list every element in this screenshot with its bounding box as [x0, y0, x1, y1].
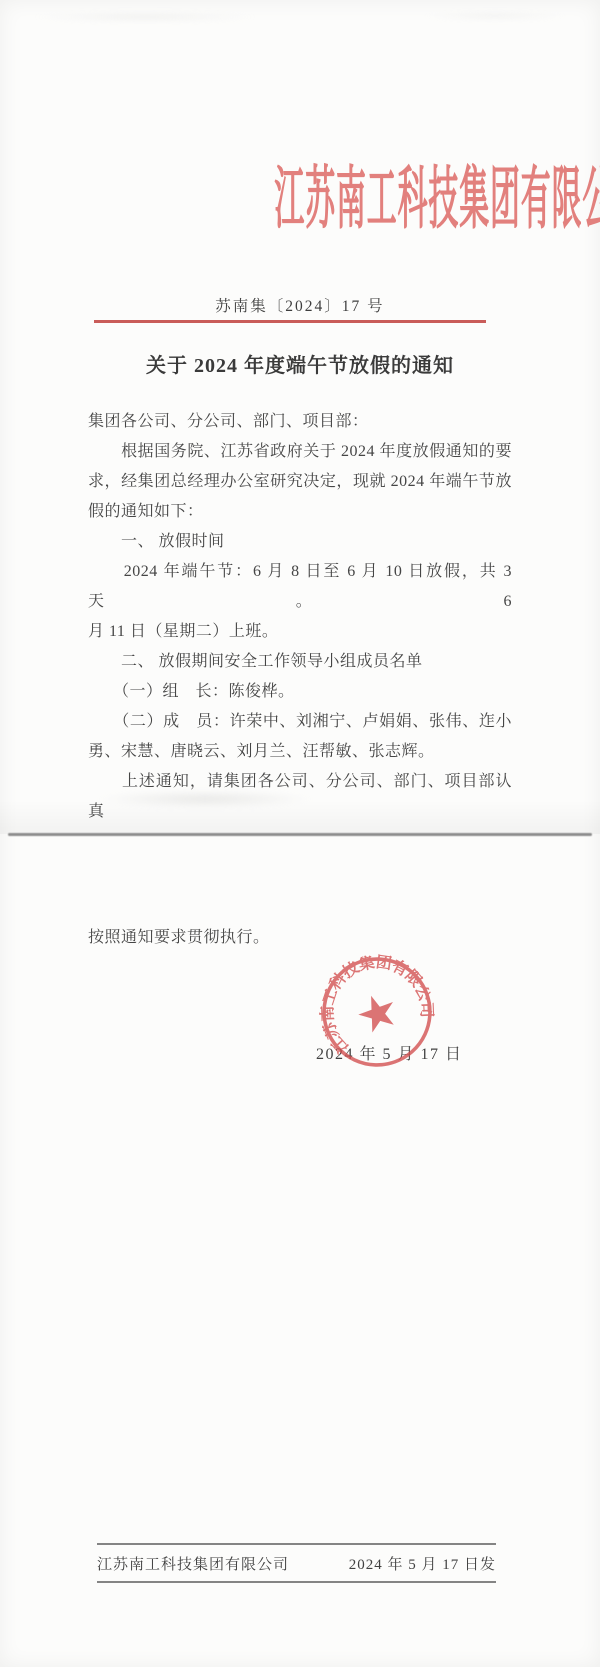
- body-line: 假的通知如下：: [88, 497, 512, 527]
- scan-smudge: [30, 12, 260, 22]
- body-line: 求，经集团总经理办公室研究决定，现就 2024 年端午节放: [88, 467, 512, 497]
- footer-issuer: 江苏南工科技集团有限公司: [97, 1553, 289, 1574]
- footer: 江苏南工科技集团有限公司 2024 年 5 月 17 日发: [97, 1553, 496, 1574]
- scanned-document: 江苏南工科技集团有限公司文件 苏南集〔2024〕17 号 关于 2024 年度端…: [0, 0, 600, 1667]
- body-line: 2024 年端午节：6 月 8 日至 6 月 10 日放假，共 3 天。6: [88, 557, 512, 617]
- body-line: （二）成 员：许荣中、刘湘宁、卢娟娟、张伟、迮小: [88, 707, 512, 737]
- letterhead-title: 江苏南工科技集团有限公司文件: [0, 145, 600, 242]
- notice-title: 关于 2024 年度端午节放假的通知: [0, 349, 600, 378]
- body-line: 二、 放假期间安全工作领导小组成员名单: [88, 647, 512, 677]
- body-line: 根据国务院、江苏省政府关于 2024 年度放假通知的要: [88, 437, 512, 467]
- page-edge-separator: [8, 833, 592, 836]
- body-line: 勇、宋慧、唐晓云、刘月兰、汪帮敏、张志辉。: [88, 737, 512, 767]
- body-line: 月 11 日（星期二）上班。: [88, 617, 512, 647]
- footer-rule-bottom: [97, 1581, 496, 1583]
- page2-body-line: 按照通知要求贯彻执行。: [88, 924, 512, 947]
- footer-issue-date: 2024 年 5 月 17 日发: [349, 1553, 496, 1574]
- body-line: 集团各公司、分公司、部门、项目部：: [88, 407, 512, 437]
- page-edge-shadow: [0, 800, 600, 834]
- body-line: （一）组 长：陈俊桦。: [88, 677, 512, 707]
- scan-smudge: [420, 12, 570, 20]
- star-icon: [354, 989, 401, 1035]
- red-separator-rule: [94, 320, 486, 323]
- footer-rule-top: [97, 1543, 496, 1545]
- body-line: 一、 放假时间: [88, 527, 512, 557]
- doc-number: 苏南集〔2024〕17 号: [0, 294, 600, 316]
- letterhead-title-text: 江苏南工科技集团有限公司文件: [274, 145, 600, 242]
- body-text: 集团各公司、分公司、部门、项目部： 根据国务院、江苏省政府关于 2024 年度放…: [88, 407, 512, 827]
